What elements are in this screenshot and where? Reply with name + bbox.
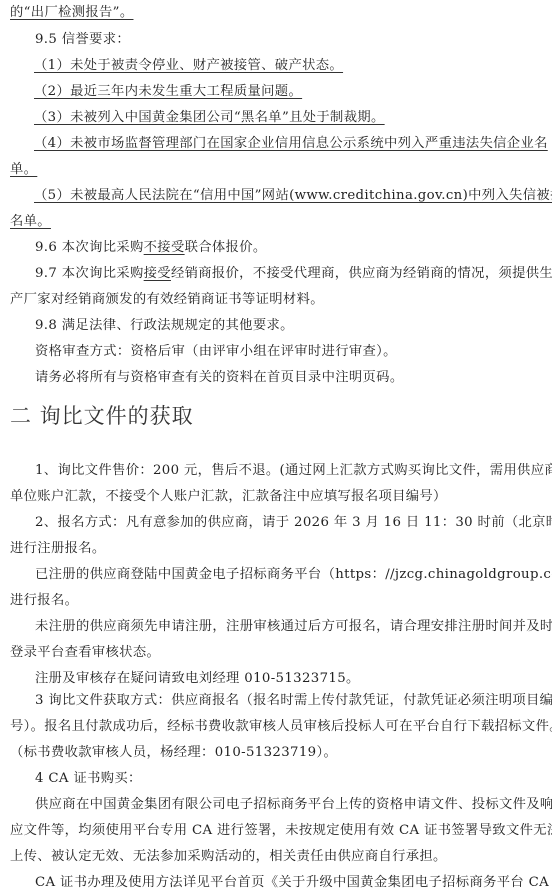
text-line-credit-req-4-cont: 单。 — [10, 161, 37, 179]
text-line-ca-liability: 上传、被认定无效、无法参加采购活动的，相关责任由供应商自行承担。 — [10, 848, 447, 866]
text-line-price-cont: 单位账户汇款，不接受个人账户汇款，汇款备注中应填写报名项目编号） — [10, 488, 447, 506]
text-line-review-method: 资格审查方式：资格后审（由评审小组在评审时进行审查）。 — [35, 343, 397, 361]
text-line-unregistered-suppliers-cont: 登录平台查看审核状态。 — [10, 644, 160, 662]
text-line-registration: 2、报名方式：凡有意参加的供应商，请于 2026 年 3 月 16 日 11：3… — [35, 514, 542, 532]
text-line-ca-requirement-cont: 应文件等，均须使用平台专用 CA 进行签署，未按规定使用有效 CA 证书签署导致… — [10, 822, 542, 840]
text-9-6-emphasis: 不接受 — [144, 240, 185, 255]
text-line-9-5-heading: 9.5 信誉要求： — [35, 31, 130, 49]
text-line-9-7: 9.7 本次询比采购接受经销商报价，不接受代理商，供应商为经销商的情况，须提供生 — [35, 265, 542, 283]
text-line-ca-purchase: 4 CA 证书购买： — [35, 770, 142, 788]
text-line-page-note: 请务必将所有与资格审查有关的资料在首页目录中注明页码。 — [35, 369, 403, 387]
text-line-ca-guide: CA 证书办理及使用方法详见平台首页《关于升级中国黄金集团电子招标商务平台 CA — [35, 874, 542, 892]
text-9-7-emphasis: 接受 — [144, 266, 171, 281]
text-line-credit-req-2: （2）最近三年内未发生重大工程质量问题。 — [34, 83, 302, 101]
text-line-registered-suppliers-cont: 进行报名。 — [10, 592, 78, 610]
text-line-9-8: 9.8 满足法律、行政法规规定的其他要求。 — [35, 317, 294, 335]
text-line-credit-req-4: （4）未被市场监督管理部门在国家企业信用信息公示系统中列入严重违法失信企业名 — [34, 135, 542, 153]
section-heading-document-acquisition: 二 询比文件的获取 — [10, 402, 194, 430]
text-line-credit-req-3: （3）未被列入中国黄金集团公司“黑名单”且处于制裁期。 — [34, 109, 385, 127]
text-line-registration-cont: 进行注册报名。 — [10, 540, 106, 558]
text-9-7-suffix: 经销商报价，不接受代理商，供应商为经销商的情况，须提供生 — [171, 266, 552, 281]
text-line-price: 1、询比文件售价：200 元，售后不退。(通过网上汇款方式购买询比文件，需用供应… — [35, 462, 542, 480]
text-line-acquisition-method-cont: 号）。报名且付款成功后，经标书费收款审核人员审核后投标人可在平台自行下载招标文件… — [10, 718, 542, 736]
text-line-9-6: 9.6 本次询比采购不接受联合体报价。 — [35, 239, 267, 257]
text-line-acquisition-method: 3 询比文件获取方式：供应商报名（报名时需上传付款凭证，付款凭证必须注明项目编 — [35, 692, 542, 710]
text-line-9-7-cont: 产厂家对经销商颁发的有效经销商证书等证明材料。 — [10, 291, 324, 309]
text-9-6-prefix: 9.6 本次询比采购 — [35, 240, 144, 255]
text-line-ca-requirement: 供应商在中国黄金集团有限公司电子招标商务平台上传的资格申请文件、投标文件及响 — [35, 796, 542, 814]
text-9-6-suffix: 联合体报价。 — [185, 240, 267, 255]
text-9-7-prefix: 9.7 本次询比采购 — [35, 266, 144, 281]
text-line-fee-contact: （标书费收款审核人员，杨经理：010-51323719）。 — [10, 744, 337, 762]
text-line-registered-suppliers: 已注册的供应商登陆中国黄金电子招标商务平台（https：//jzcg.china… — [35, 566, 542, 584]
text-line-factory-report: 的“出厂检测报告”。 — [10, 4, 133, 22]
text-line-unregistered-suppliers: 未注册的供应商须先申请注册，注册审核通过后方可报名，请合理安排注册时间并及时 — [35, 618, 542, 636]
text-line-registration-contact: 注册及审核存在疑问请致电刘经理 010-51323715。 — [35, 670, 360, 688]
text-line-credit-req-5-cont: 名单。 — [10, 213, 51, 231]
text-line-credit-req-1: （1）未处于被责令停业、财产被接管、破产状态。 — [34, 57, 343, 75]
text-line-credit-req-5: （5）未被最高人民法院在“信用中国”网站(www.creditchina.gov… — [34, 187, 542, 205]
